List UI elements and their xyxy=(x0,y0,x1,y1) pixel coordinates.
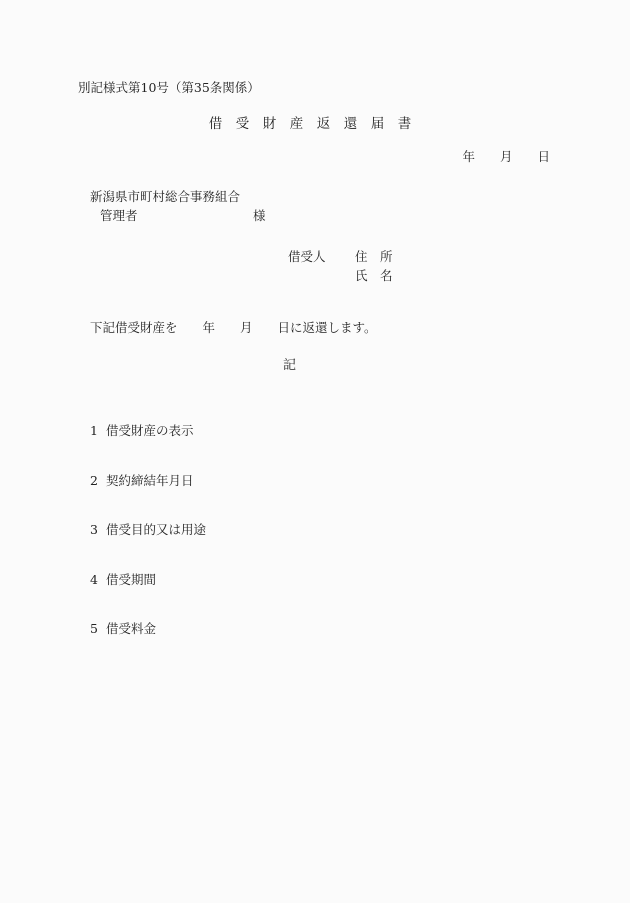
applicant-label: 借受人 xyxy=(288,249,326,264)
item-label: 借受料金 xyxy=(106,619,156,639)
document-page: 別記様式第10号（第35条関係） 借 受 財 産 返 還 届 書 年 月 日 新… xyxy=(0,0,630,903)
item-label: 契約締結年月日 xyxy=(106,471,194,491)
item-label: 借受財産の表示 xyxy=(106,421,194,441)
applicant-address-label: 住 所 xyxy=(355,249,393,264)
item-number: 5 xyxy=(90,619,106,639)
section-heading: 記 xyxy=(283,358,296,373)
list-item: 5 借受料金 xyxy=(90,619,206,639)
item-number: 1 xyxy=(90,421,106,441)
date-line: 年 月 日 xyxy=(0,150,550,164)
item-number: 4 xyxy=(90,570,106,590)
document-title: 借 受 財 産 返 還 届 書 xyxy=(0,116,620,132)
return-statement: 下記借受財産を 年 月 日に返還します。 xyxy=(90,320,377,335)
form-number-line: 別記様式第10号（第35条関係） xyxy=(78,81,260,95)
recipient-organization: 新潟県市町村総合事務組合 xyxy=(90,190,240,204)
list-item: 3 借受目的又は用途 xyxy=(90,520,206,540)
list-item: 1 借受財産の表示 xyxy=(90,421,206,441)
applicant-name-label: 氏 名 xyxy=(355,268,393,283)
item-label: 借受期間 xyxy=(106,570,156,590)
item-number: 3 xyxy=(90,520,106,540)
recipient-role: 管理者 xyxy=(100,209,138,223)
recipient-honorific: 様 xyxy=(253,209,266,223)
item-number: 2 xyxy=(90,471,106,491)
item-list: 1 借受財産の表示 2 契約締結年月日 3 借受目的又は用途 4 借受期間 5 … xyxy=(90,391,206,669)
item-label: 借受目的又は用途 xyxy=(106,520,206,540)
list-item: 4 借受期間 xyxy=(90,570,206,590)
list-item: 2 契約締結年月日 xyxy=(90,471,206,491)
